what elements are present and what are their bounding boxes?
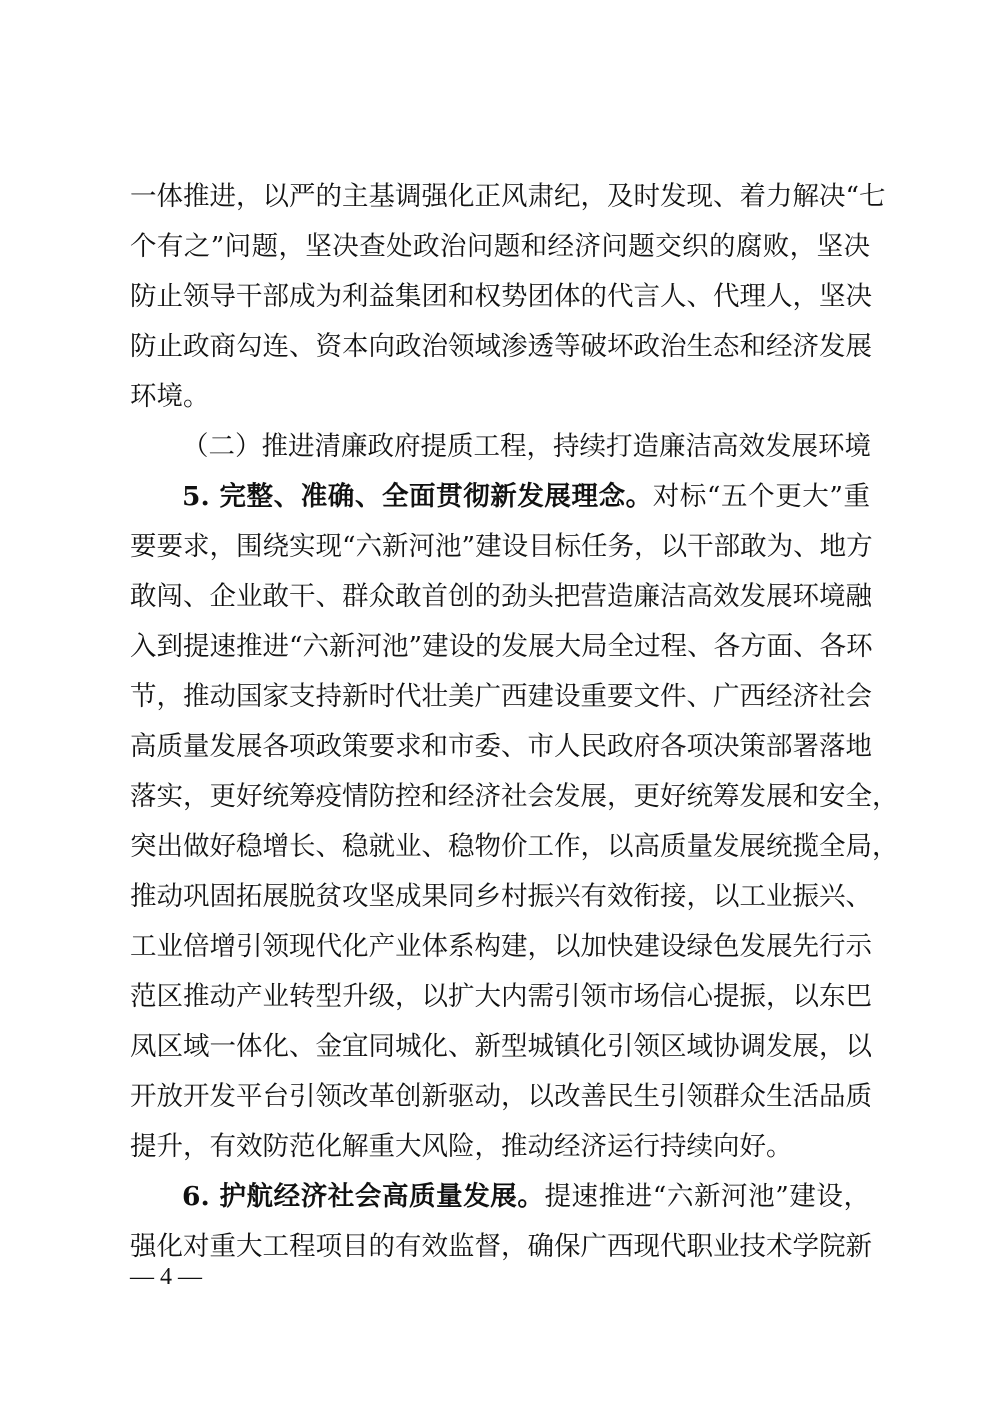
body-line: 防止领导干部成为利益集团和权势团体的代言人、代理人，坚决 — [130, 272, 870, 322]
body-line: 个有之”问题，坚决查处政治问题和经济问题交织的腐败，坚决 — [130, 222, 870, 272]
body-line: 突出做好稳增长、稳就业、稳物价工作，以高质量发展统揽全局， — [130, 822, 870, 872]
item-title: 6. 护航经济社会高质量发展。 — [182, 1181, 544, 1212]
item-text: 对标“五个更大”重 — [653, 481, 870, 512]
body-line: 高质量发展各项政策要求和市委、市人民政府各项决策部署落地 — [130, 722, 870, 772]
body-line: 要要求，围绕实现“六新河池”建设目标任务，以干部敢为、地方 — [130, 522, 870, 572]
body-line: 入到提速推进“六新河池”建设的发展大局全过程、各方面、各环 — [130, 622, 870, 672]
item-first-line: 6. 护航经济社会高质量发展。提速推进“六新河池”建设， — [130, 1172, 870, 1222]
body-line: 节，推动国家支持新时代壮美广西建设重要文件、广西经济社会 — [130, 672, 870, 722]
body-line: 范区推动产业转型升级，以扩大内需引领市场信心提振，以东巴 — [130, 972, 870, 1022]
body-line: 一体推进，以严的主基调强化正风肃纪，及时发现、着力解决“七 — [130, 172, 870, 222]
section-heading: （二）推进清廉政府提质工程，持续打造廉洁高效发展环境 — [130, 422, 870, 472]
document-page: 一体推进，以严的主基调强化正风肃纪，及时发现、着力解决“七 个有之”问题，坚决查… — [130, 172, 870, 1272]
page-number: — 4 — — [130, 1262, 202, 1292]
item-title: 5. 完整、准确、全面贯彻新发展理念。 — [182, 481, 653, 512]
body-line: 提升，有效防范化解重大风险，推动经济运行持续向好。 — [130, 1122, 870, 1172]
body-line: 落实，更好统筹疫情防控和经济社会发展，更好统筹发展和安全， — [130, 772, 870, 822]
body-line: 开放开发平台引领改革创新驱动，以改善民生引领群众生活品质 — [130, 1072, 870, 1122]
body-line: 推动巩固拓展脱贫攻坚成果同乡村振兴有效衔接，以工业振兴、 — [130, 872, 870, 922]
body-line: 防止政商勾连、资本向政治领域渗透等破坏政治生态和经济发展 — [130, 322, 870, 372]
body-line: 凤区域一体化、金宜同城化、新型城镇化引领区域协调发展，以 — [130, 1022, 870, 1072]
body-line: 工业倍增引领现代化产业体系构建，以加快建设绿色发展先行示 — [130, 922, 870, 972]
body-line: 环境。 — [130, 372, 870, 422]
item-text: 提速推进“六新河池”建设， — [544, 1181, 870, 1212]
item-first-line: 5. 完整、准确、全面贯彻新发展理念。对标“五个更大”重 — [130, 472, 870, 522]
body-line: 敢闯、企业敢干、群众敢首创的劲头把营造廉洁高效发展环境融 — [130, 572, 870, 622]
body-line: 强化对重大工程项目的有效监督，确保广西现代职业技术学院新 — [130, 1222, 870, 1272]
